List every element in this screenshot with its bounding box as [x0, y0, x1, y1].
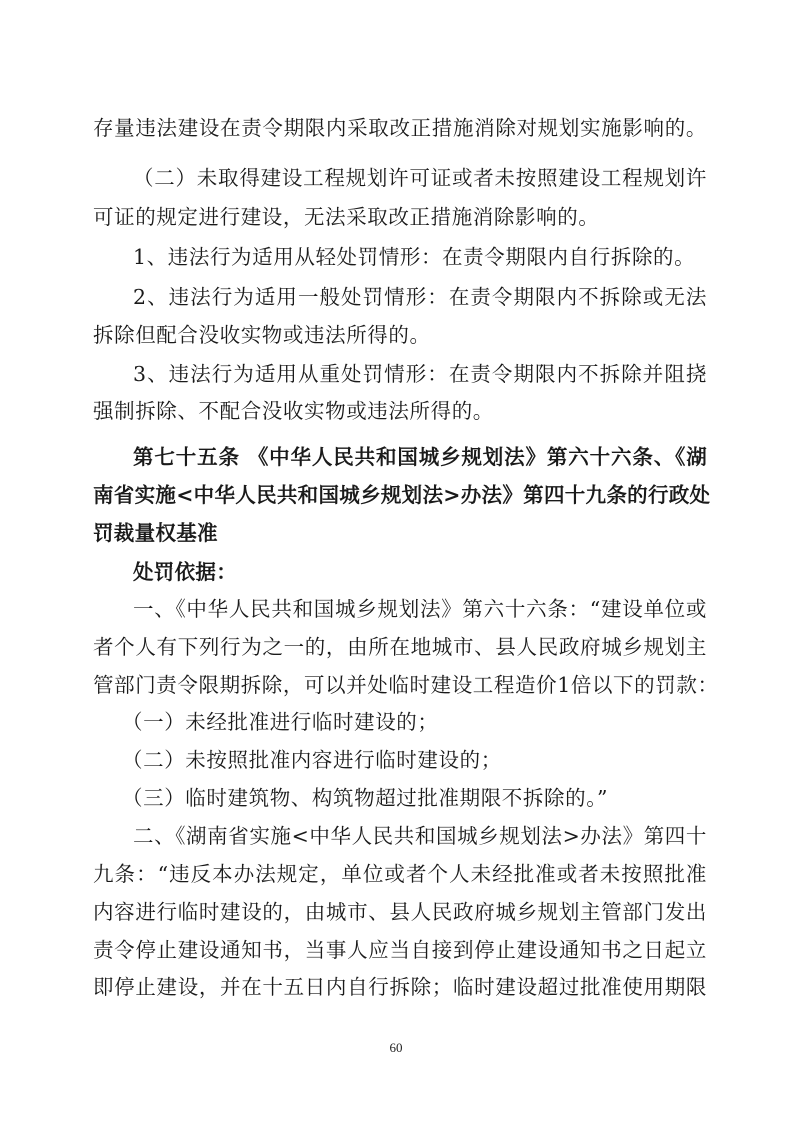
clause-line: 者个人有下列行为之一的，由所在地城市、县人民政府城乡规划主 — [93, 630, 707, 664]
page-number: 60 — [376, 1040, 416, 1056]
clause-line: 二、《湖南省实施<中华人民共和国城乡规划法>办法》第四十 — [133, 819, 707, 853]
clause-line: 即停止建设，并在十五日内自行拆除；临时建设超过批准使用期限 — [93, 970, 707, 1004]
sub-item: （一）未经批准进行临时建设的； — [122, 705, 707, 739]
list-item-1: 1、违法行为适用从轻处罚情形：在责令期限内自行拆除的。 — [133, 240, 707, 274]
list-item-2: 2、违法行为适用一般处罚情形：在责令期限内不拆除或无法 — [133, 280, 707, 314]
sub-item: （二）未按照批准内容进行临时建设的； — [122, 743, 707, 777]
article-heading: 第七十五条 《中华人民共和国城乡规划法》第六十六条、《湖 — [133, 440, 707, 474]
article-heading: 罚裁量权基准 — [93, 516, 707, 550]
clause-line: 内容进行临时建设的，由城市、县人民政府城乡规划主管部门发出 — [93, 895, 707, 929]
paragraph-line: 可证的规定进行建设，无法采取改正措施消除影响的。 — [93, 200, 707, 234]
article-heading: 南省实施<中华人民共和国城乡规划法>办法》第四十九条的行政处 — [93, 478, 707, 512]
list-item-3: 3、违法行为适用从重处罚情形：在责令期限内不拆除并阻挠 — [133, 357, 707, 391]
document-page: 存量违法建设在责令期限内采取改正措施消除对规划实施影响的。 （二）未取得建设工程… — [0, 0, 793, 1122]
clause-line: 九条：“违反本办法规定，单位或者个人未经批准或者未按照批准 — [93, 857, 707, 891]
sub-item: （三）临时建筑物、构筑物超过批准期限不拆除的。” — [122, 781, 707, 815]
paragraph-line: 拆除但配合没收实物或违法所得的。 — [93, 318, 707, 352]
clause-line: 管部门责令限期拆除，可以并处临时建设工程造价1倍以下的罚款： — [93, 668, 707, 702]
paragraph-line: 存量违法建设在责令期限内采取改正措施消除对规划实施影响的。 — [93, 111, 707, 145]
clause-line: 一、《中华人民共和国城乡规划法》第六十六条：“建设单位或 — [133, 592, 707, 626]
section-label-penalty-basis: 处罚依据： — [133, 555, 707, 589]
paragraph-line: （二）未取得建设工程规划许可证或者未按照建设工程规划许 — [133, 161, 707, 195]
clause-line: 责令停止建设通知书，当事人应当自接到停止建设通知书之日起立 — [93, 933, 707, 967]
paragraph-line: 强制拆除、不配合没收实物或违法所得的。 — [93, 394, 707, 428]
